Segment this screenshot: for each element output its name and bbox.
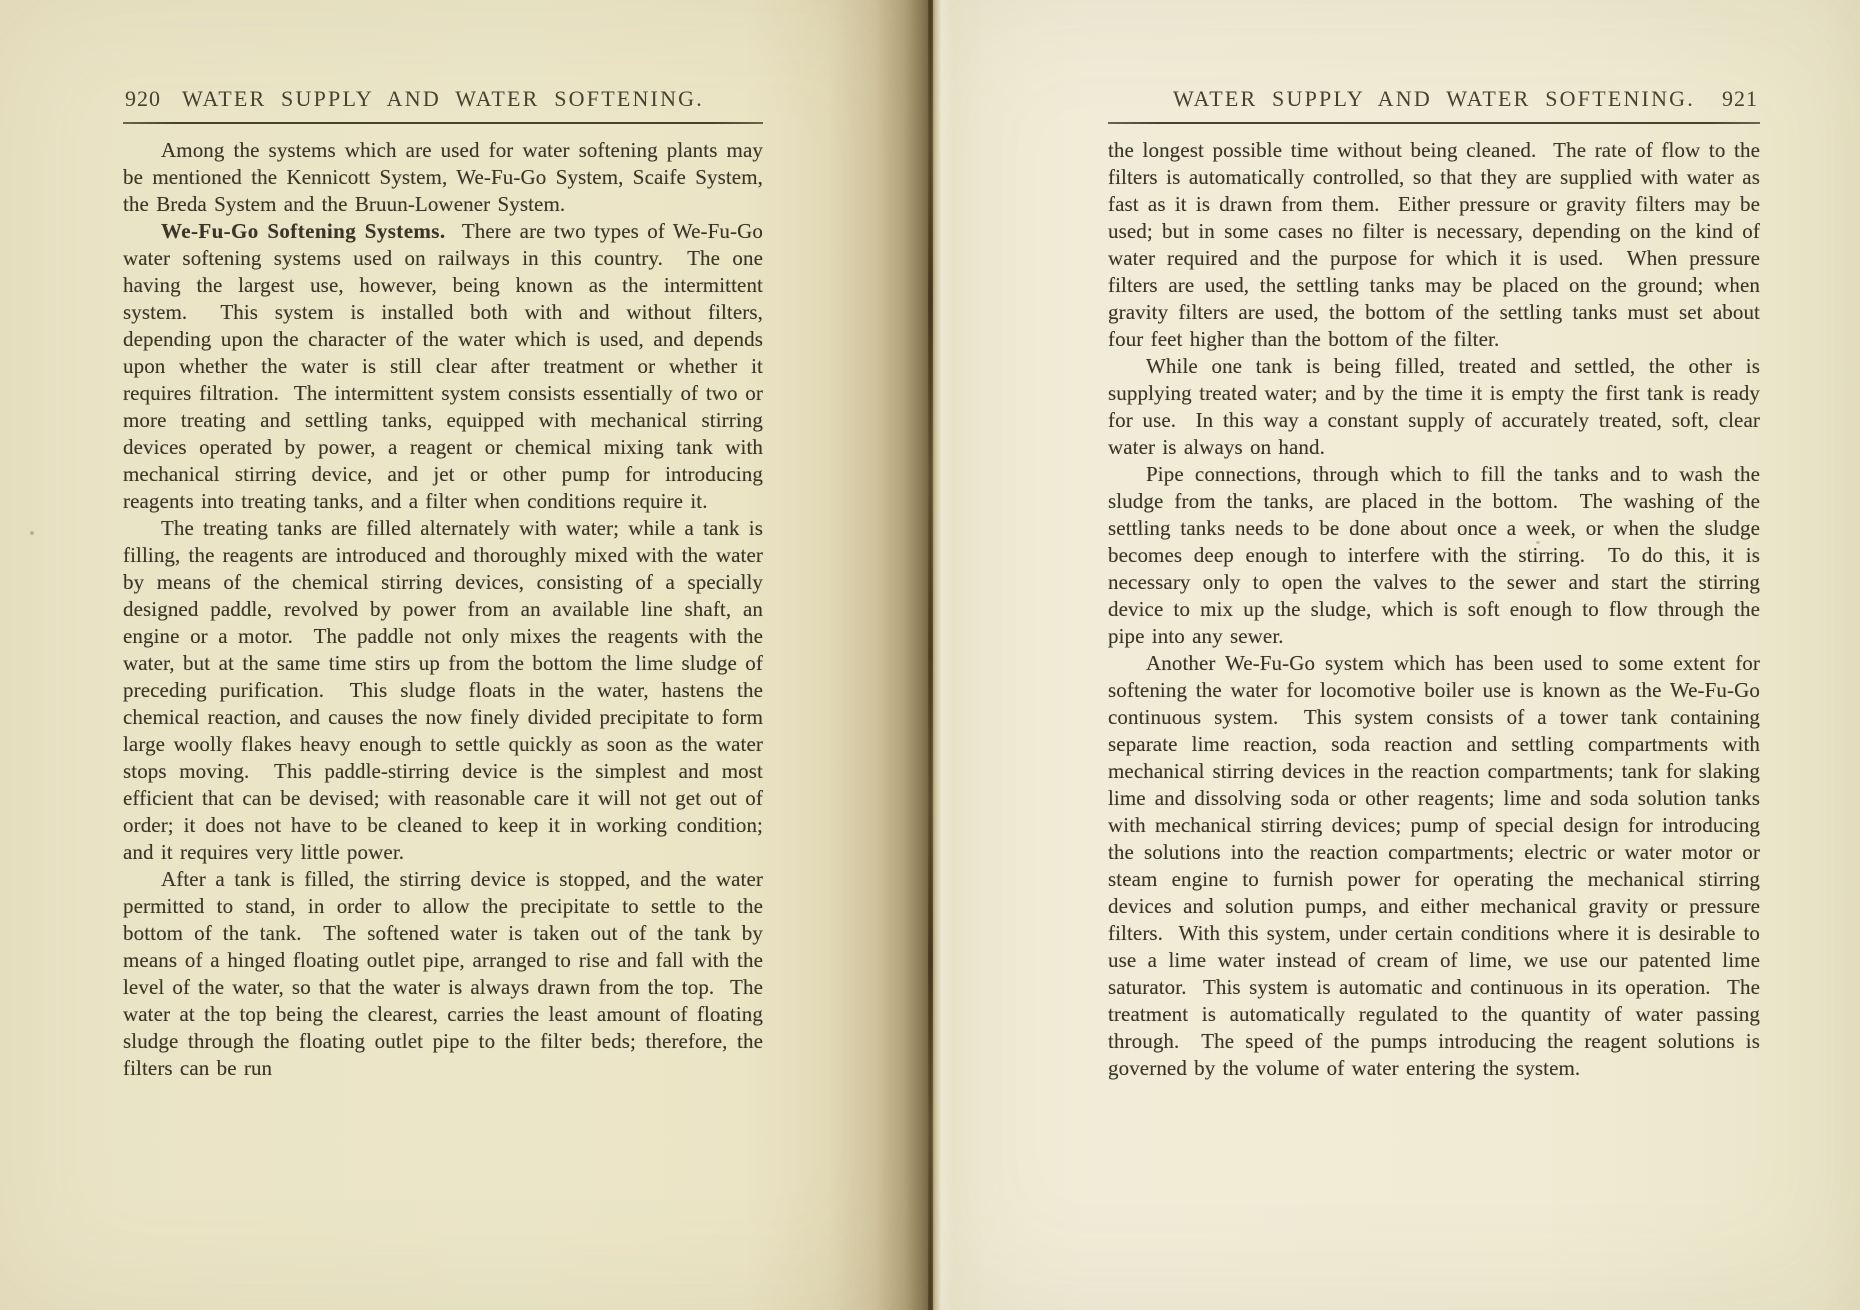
paper-speck (1536, 541, 1540, 544)
paragraph: The treating tanks are filled alternatel… (123, 515, 763, 866)
left-page-number: 920 (125, 86, 161, 112)
left-page: 920 WATER SUPPLY AND WATER SOFTENING. Am… (0, 0, 931, 1310)
right-page-number: 921 (1722, 86, 1758, 112)
paper-speck (1169, 1041, 1172, 1044)
paragraph: While one tank is being filled, treated … (1108, 353, 1760, 461)
paragraph: Pipe connections, through which to fill … (1108, 461, 1760, 650)
paper-speck (30, 531, 34, 535)
binding-crease (928, 0, 933, 1310)
book-spread: 920 WATER SUPPLY AND WATER SOFTENING. Am… (0, 0, 1860, 1310)
left-body-text: Among the systems which are used for wat… (123, 137, 763, 1082)
paragraph: After a tank is filled, the stirring dev… (123, 866, 763, 1082)
right-page-header: WATER SUPPLY AND WATER SOFTENING. 921 (1108, 86, 1760, 118)
left-page-header: 920 WATER SUPPLY AND WATER SOFTENING. (123, 86, 763, 118)
left-running-title: WATER SUPPLY AND WATER SOFTENING. (123, 86, 763, 112)
right-page: WATER SUPPLY AND WATER SOFTENING. 921 th… (931, 0, 1860, 1310)
paragraph: Among the systems which are used for wat… (123, 137, 763, 218)
right-header-rule (1108, 122, 1760, 124)
paragraph: the longest possible time without being … (1108, 137, 1760, 353)
left-header-rule (123, 122, 763, 124)
right-running-title: WATER SUPPLY AND WATER SOFTENING. (1108, 86, 1760, 112)
paragraph: Another We-Fu-Go system which has been u… (1108, 650, 1760, 1082)
right-body-text: the longest possible time without being … (1108, 137, 1760, 1082)
paragraph-lead: We-Fu-Go Softening Systems. (161, 219, 446, 243)
paragraph: We-Fu-Go Softening Systems. There are tw… (123, 218, 763, 515)
